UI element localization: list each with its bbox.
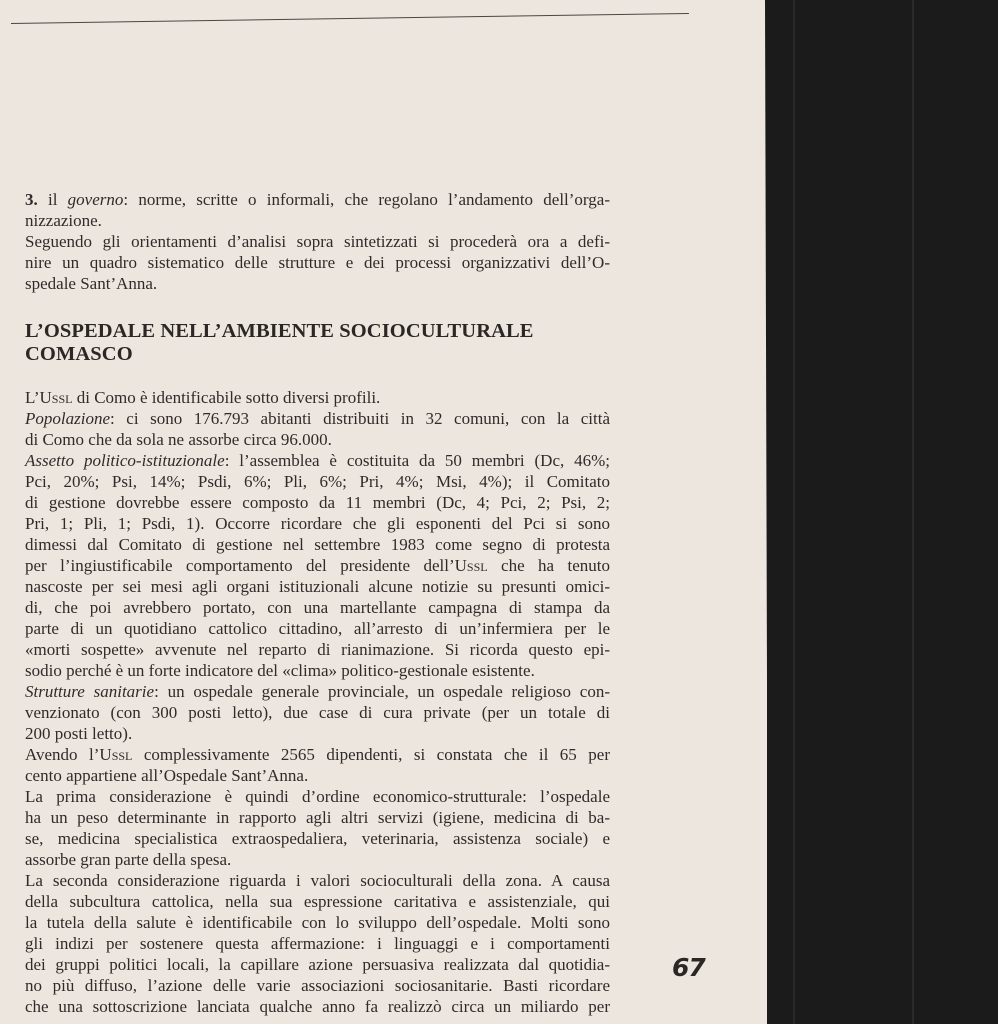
text-line: sodio perché è un forte indicatore del «…: [25, 660, 610, 681]
text-line: parte di un quotidiano cattolico cittadi…: [25, 618, 610, 639]
text-line: assorbe gran parte della spesa.: [25, 849, 610, 870]
text-line: Pci, 20%; Psi, 14%; Psdi, 6%; Pli, 6%; P…: [25, 471, 610, 492]
text-line: che una sottoscrizione lanciata qualche …: [25, 996, 610, 1017]
background-fold-line: [793, 0, 795, 1024]
text-line: se, medicina specialistica extraospedali…: [25, 828, 610, 849]
book-page: 3. il governo: norme, scritte o informal…: [0, 0, 767, 1024]
text-line: di gestione dovrebbe essere composto da …: [25, 492, 610, 513]
text-line: «morti sospette» avvenute nel reparto di…: [25, 639, 610, 660]
text-line: Assetto politico-istituzionale: l’assemb…: [25, 450, 610, 471]
text-line: spedale Sant’Anna.: [25, 273, 610, 294]
text-line: cento appartiene all’Ospedale Sant’Anna.: [25, 765, 610, 786]
text-line: L’Ussl di Como è identificabile sotto di…: [25, 387, 610, 408]
text-line: dimessi dal Comitato di gestione nel set…: [25, 534, 610, 555]
text-line: Pri, 1; Pli, 1; Psdi, 1). Occorre ricord…: [25, 513, 610, 534]
text-line: venzionato (con 300 posti letto), due ca…: [25, 702, 610, 723]
text-line: nizzazione.: [25, 210, 610, 231]
text-line: la tutela della salute è identificabile …: [25, 912, 610, 933]
text-line: Popolazione: ci sono 176.793 abitanti di…: [25, 408, 610, 429]
text-line: La prima considerazione è quindi d’ordin…: [25, 786, 610, 807]
text-line: nire un quadro sistematico delle struttu…: [25, 252, 610, 273]
text-line: Avendo l’Ussl complessivamente 2565 dipe…: [25, 744, 610, 765]
text-line: della subcultura cattolica, nella sua es…: [25, 891, 610, 912]
text-line: Seguendo gli orientamenti d’analisi sopr…: [25, 231, 610, 252]
background-fold-line: [912, 0, 914, 1024]
text-line: 200 posti letto).: [25, 723, 610, 744]
text-line: per l’ingiustificabile comportamento del…: [25, 555, 610, 576]
text-line: no più diffuso, l’azione delle varie ass…: [25, 975, 610, 996]
text-line: nascoste per sei mesi agli organi istitu…: [25, 576, 610, 597]
text-line: gli indizi per sostenere questa affermaz…: [25, 933, 610, 954]
intro-paragraph: 3. il governo: norme, scritte o informal…: [25, 189, 610, 294]
list-item-number: 3.: [25, 190, 38, 209]
text-line: Strutture sanitarie: un ospedale general…: [25, 681, 610, 702]
text-line: La seconda considerazione riguarda i val…: [25, 870, 610, 891]
section-heading: L’OSPEDALE NELL’AMBIENTE SOCIOCULTURALE …: [25, 320, 610, 366]
body-text: L’Ussl di Como è identificabile sotto di…: [25, 387, 610, 1017]
text-line: ha un peso determinante in rapporto agli…: [25, 807, 610, 828]
text-line: di Como che da sola ne assorbe circa 96.…: [25, 429, 610, 450]
term-governo: governo: [68, 190, 124, 209]
page-number: 67: [672, 953, 705, 982]
text-line: di, che poi avrebbero portato, con una m…: [25, 597, 610, 618]
text-line: dei gruppi politici locali, la capillare…: [25, 954, 610, 975]
